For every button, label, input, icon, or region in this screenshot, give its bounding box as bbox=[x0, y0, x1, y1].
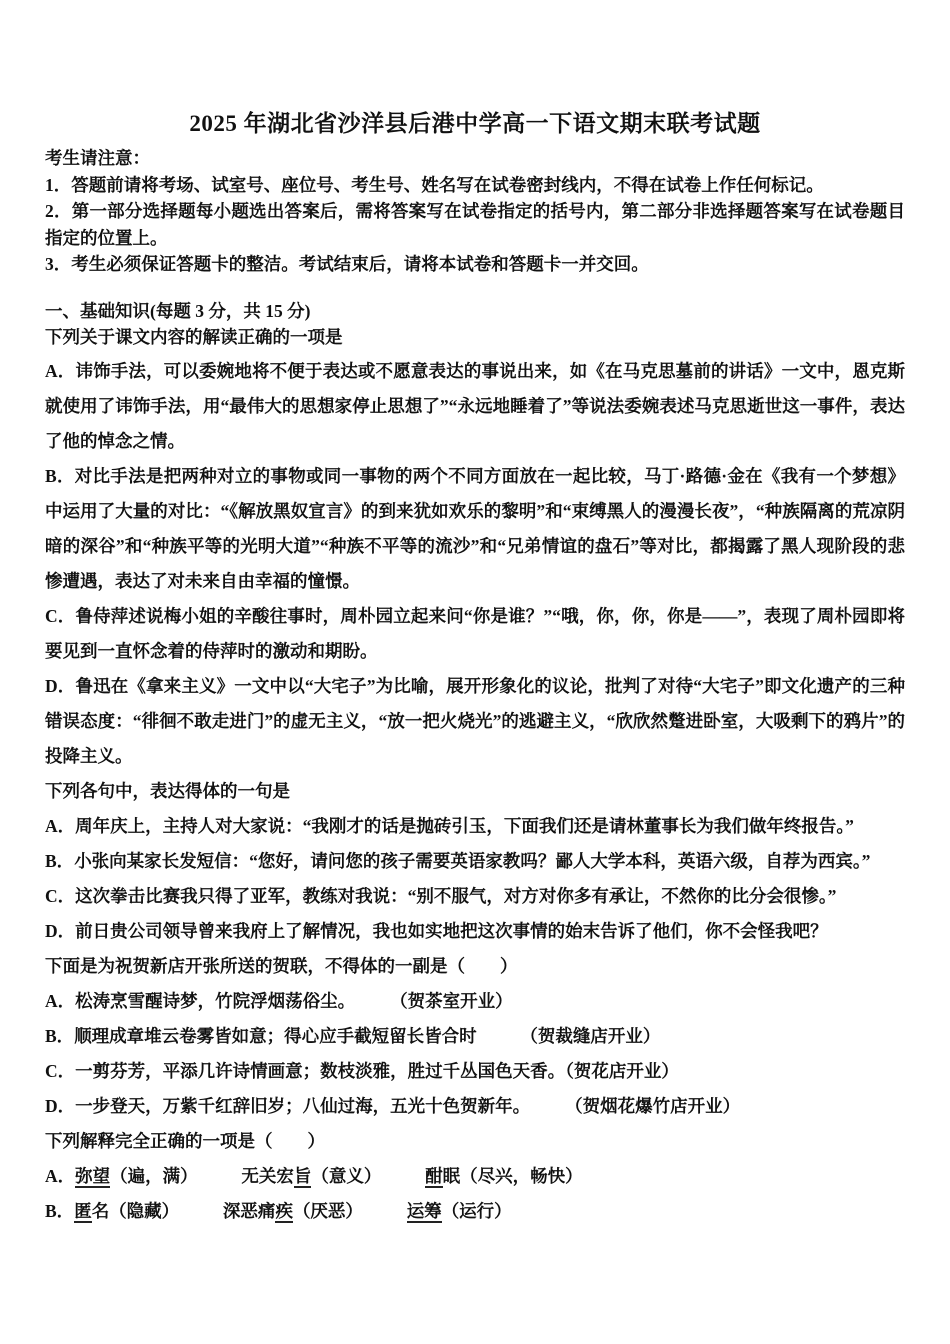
option-label: B． bbox=[45, 851, 74, 871]
question-3-stem: 下面是为祝贺新店开张所送的贺联，不得体的一副是（ ） bbox=[45, 949, 905, 984]
underlined-term: 运筹 bbox=[407, 1201, 442, 1223]
q1-option-a: A．讳饰手法，可以委婉地将不便于表达或不愿意表达的事说出来，如《在马克思墓前的讲… bbox=[45, 354, 905, 459]
option-label: A． bbox=[45, 1166, 75, 1186]
option-label: D． bbox=[45, 921, 75, 941]
option-text: 松涛烹雪醒诗梦，竹院浮烟荡俗尘。 （贺茶室开业） bbox=[75, 991, 513, 1011]
notice-item-2: 2．第一部分选择题每小题选出答案后，需将答案写在试卷指定的括号内，第二部分非选择… bbox=[45, 198, 905, 251]
q2-option-d: D．前日贵公司领导曾来我府上了解情况，我也如实地把这次事情的始末告诉了他们，你不… bbox=[45, 914, 905, 949]
notice-heading: 考生请注意： bbox=[45, 145, 905, 172]
q3-option-b: B．顺理成章堆云卷雾皆如意；得心应手截短留长皆合时 （贺裁缝店开业） bbox=[45, 1019, 905, 1054]
q1-option-d: D．鲁迅在《拿来主义》一文中以“大宅子”为比喻，展开形象化的议论，批判了对待“大… bbox=[45, 669, 905, 774]
option-label: C． bbox=[45, 1061, 75, 1081]
option-label: A． bbox=[45, 361, 75, 381]
option-label: A． bbox=[45, 991, 75, 1011]
option-text: （意义） bbox=[311, 1166, 425, 1186]
underlined-term: 疾 bbox=[275, 1201, 293, 1223]
q1-option-c: C．鲁侍萍述说梅小姐的辛酸往事时，周朴园立起来问“你是谁？”“哦，你，你，你是—… bbox=[45, 599, 905, 669]
option-text: （遍，满） 无关宏 bbox=[110, 1166, 294, 1186]
option-text: 对比手法是把两种对立的事物或同一事物的两个不同方面放在一起比较，马丁·路德·金在… bbox=[45, 466, 905, 591]
option-text: 前日贵公司领导曾来我府上了解情况，我也如实地把这次事情的始末告诉了他们，你不会怪… bbox=[75, 921, 828, 941]
option-text: 顺理成章堆云卷雾皆如意；得心应手截短留长皆合时 （贺裁缝店开业） bbox=[74, 1026, 660, 1046]
exam-title: 2025 年湖北省沙洋县后港中学高一下语文期末联考试题 bbox=[45, 110, 905, 138]
option-text: 这次拳击比赛我只得了亚军，教练对我说：“别不服气，对方对你多有承让，不然你的比分… bbox=[75, 886, 836, 906]
notice-item-1: 1．答题前请将考场、试室号、座位号、考生号、姓名写在试卷密封线内，不得在试卷上作… bbox=[45, 172, 905, 199]
q2-option-a: A．周年庆上，主持人对大家说：“我刚才的话是抛砖引玉，下面我们还是请林董事长为我… bbox=[45, 809, 905, 844]
questions-block: A．讳饰手法，可以委婉地将不便于表达或不愿意表达的事说出来，如《在马克思墓前的讲… bbox=[45, 354, 905, 1229]
underlined-term: 匿 bbox=[74, 1201, 92, 1223]
notice-block: 考生请注意： 1．答题前请将考场、试室号、座位号、考生号、姓名写在试卷密封线内，… bbox=[45, 145, 905, 278]
option-label: B． bbox=[45, 1026, 74, 1046]
question-2-stem: 下列各句中，表达得体的一句是 bbox=[45, 774, 905, 809]
option-text: 一剪芬芳，平添几许诗情画意；数枝淡雅，胜过千丛国色天香。（贺花店开业） bbox=[75, 1061, 679, 1081]
option-text: 一步登天，万紫千红辞旧岁；八仙过海，五光十色贺新年。 （贺烟花爆竹店开业） bbox=[75, 1096, 740, 1116]
option-text: 讳饰手法，可以委婉地将不便于表达或不愿意表达的事说出来，如《在马克思墓前的讲话》… bbox=[45, 361, 905, 451]
option-text: 名（隐藏） 深恶痛 bbox=[92, 1201, 276, 1221]
q1-option-b: B．对比手法是把两种对立的事物或同一事物的两个不同方面放在一起比较，马丁·路德·… bbox=[45, 459, 905, 599]
option-text: （运行） bbox=[442, 1201, 512, 1221]
option-label: C． bbox=[45, 606, 75, 626]
option-label: B． bbox=[45, 466, 75, 486]
q4-option-b: B．匿名（隐藏） 深恶痛疾（厌恶） 运筹（运行） bbox=[45, 1194, 905, 1229]
option-label: D． bbox=[45, 676, 75, 696]
q2-option-b: B．小张向某家长发短信：“您好，请问您的孩子需要英语家教吗？鄙人大学本科，英语六… bbox=[45, 844, 905, 879]
q3-option-a: A．松涛烹雪醒诗梦，竹院浮烟荡俗尘。 （贺茶室开业） bbox=[45, 984, 905, 1019]
option-text: 眠（尽兴，畅快） bbox=[443, 1166, 583, 1186]
question-4-stem: 下列解释完全正确的一项是（ ） bbox=[45, 1124, 905, 1159]
option-text: 小张向某家长发短信：“您好，请问您的孩子需要英语家教吗？鄙人大学本科，英语六级，… bbox=[74, 851, 870, 871]
q2-option-c: C．这次拳击比赛我只得了亚军，教练对我说：“别不服气，对方对你多有承让，不然你的… bbox=[45, 879, 905, 914]
section-heading: 一、基础知识(每题 3 分，共 15 分) bbox=[45, 298, 905, 325]
option-label: B． bbox=[45, 1201, 74, 1221]
option-text: 鲁侍萍述说梅小姐的辛酸往事时，周朴园立起来问“你是谁？”“哦，你，你，你是——”… bbox=[45, 606, 905, 661]
q3-option-c: C．一剪芬芳，平添几许诗情画意；数枝淡雅，胜过千丛国色天香。（贺花店开业） bbox=[45, 1054, 905, 1089]
option-label: D． bbox=[45, 1096, 75, 1116]
option-text: （厌恶） bbox=[293, 1201, 407, 1221]
question-1-stem: 下列关于课文内容的解读正确的一项是 bbox=[45, 324, 905, 351]
notice-item-3: 3．考生必须保证答题卡的整洁。考试结束后，请将本试卷和答题卡一并交回。 bbox=[45, 251, 905, 278]
q3-option-d: D．一步登天，万紫千红辞旧岁；八仙过海，五光十色贺新年。 （贺烟花爆竹店开业） bbox=[45, 1089, 905, 1124]
underlined-term: 酣 bbox=[425, 1166, 443, 1188]
q4-option-a: A．弥望（遍，满） 无关宏旨（意义） 酣眠（尽兴，畅快） bbox=[45, 1159, 905, 1194]
option-label: C． bbox=[45, 886, 75, 906]
exam-page: 2025 年湖北省沙洋县后港中学高一下语文期末联考试题 考生请注意： 1．答题前… bbox=[0, 0, 950, 1344]
underlined-term: 弥望 bbox=[75, 1166, 110, 1188]
option-text: 鲁迅在《拿来主义》一文中以“大宅子”为比喻，展开形象化的议论，批判了对待“大宅子… bbox=[45, 676, 905, 766]
section-intro: 一、基础知识(每题 3 分，共 15 分) 下列关于课文内容的解读正确的一项是 bbox=[45, 298, 905, 351]
underlined-term: 旨 bbox=[294, 1166, 312, 1188]
option-text: 周年庆上，主持人对大家说：“我刚才的话是抛砖引玉，下面我们还是请林董事长为我们做… bbox=[75, 816, 854, 836]
option-label: A． bbox=[45, 816, 75, 836]
